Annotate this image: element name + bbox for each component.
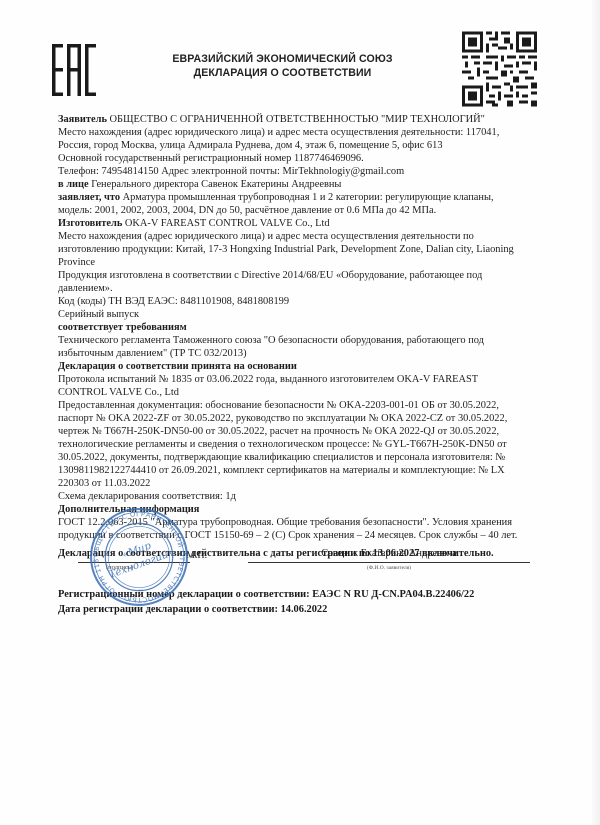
basis-line: CONTROL VALVE Co., Ltd xyxy=(58,386,548,399)
declaration-page: ЕВРАЗИЙСКИЙ ЭКОНОМИЧЕСКИЙ СОЮЗ ДЕКЛАРАЦИ… xyxy=(0,0,600,825)
manufacturer-address-2: изготовлению продукции: Китай, 17-3 Hong… xyxy=(58,243,548,256)
signer-name-line xyxy=(248,562,530,563)
registration-number-value: ЕАЭС N RU Д-CN.PA04.B.22406/22 xyxy=(310,589,475,600)
declaration-scheme: Схема декларирования соответствия: 1д xyxy=(58,490,548,503)
tnved-codes: Код (коды) ТН ВЭД ЕАЭС: 8481101908, 8481… xyxy=(58,295,548,308)
requirements-label: соответствует требованиям xyxy=(58,321,548,334)
basis-line: 30.05.2022, документы, подтверждающие кв… xyxy=(58,451,548,464)
eac-logo-icon xyxy=(52,44,96,96)
page-edge-shadow xyxy=(592,0,600,825)
signer-name: Савенок Екатерина Андреевна xyxy=(248,548,530,559)
basis-line: чертеж № T667H-250K-DN50-00 от 30.05.202… xyxy=(58,425,548,438)
directive-line-2: давлением». xyxy=(58,282,548,295)
signer-name-caption: (Ф.И.О. заявителя) xyxy=(248,565,530,571)
applicant-label: Заявитель xyxy=(58,114,107,125)
manufacturer-label: Изготовитель xyxy=(58,218,122,229)
declares-label: заявляет, что xyxy=(58,192,120,203)
applicant-address-1: Место нахождения (адрес юридического лиц… xyxy=(58,126,548,139)
basis-line: технологические регламенты и сведения о … xyxy=(58,438,548,451)
applicant-address-2: Россия, город Москва, улица Адмирала Руд… xyxy=(58,139,548,152)
manufacturer-address-1: Место нахождения (адрес юридического лиц… xyxy=(58,230,548,243)
directive-line-1: Продукция изготовлена в соответствии с D… xyxy=(58,269,548,282)
manufacturer-name: OKA-V FAREAST CONTROL VALVE Co., Ltd xyxy=(122,218,329,229)
declares-line-2: модель: 2001, 2002, 2003, 2004, DN до 50… xyxy=(58,204,548,217)
product-description: Арматура промышленная трубопроводная 1 и… xyxy=(120,192,493,203)
union-title: ЕВРАЗИЙСКИЙ ЭКОНОМИЧЕСКИЙ СОЮЗ xyxy=(150,52,415,66)
manufacturer-line: Изготовитель OKA-V FAREAST CONTROL VALVE… xyxy=(58,217,548,230)
company-seal-icon: ОБЩЕСТВО С ОГРАНИЧЕННОЙ ОТВЕТСТВЕННОСТЬЮ… xyxy=(88,506,190,608)
representative-value: Генерального директора Савенок Екатерины… xyxy=(89,179,342,190)
applicant-contacts: Телефон: 74954814150 Адрес электронной п… xyxy=(58,165,548,178)
basis-label: Декларация о соответствии принята на осн… xyxy=(58,360,548,373)
qr-code-icon[interactable] xyxy=(462,30,537,108)
basis-line: 1309811982122744410 от 26.09.2021, компл… xyxy=(58,464,548,477)
basis-line: Протокола испытаний № 1835 от 03.06.2022… xyxy=(58,373,548,386)
declaration-body: Заявитель ОБЩЕСТВО С ОГРАНИЧЕННОЙ ОТВЕТС… xyxy=(58,113,548,560)
representative-line: в лице Генерального директора Савенок Ек… xyxy=(58,178,548,191)
document-header: ЕВРАЗИЙСКИЙ ЭКОНОМИЧЕСКИЙ СОЮЗ ДЕКЛАРАЦИ… xyxy=(150,52,415,80)
manufacturer-address-3: Province xyxy=(58,256,548,269)
declaration-title: ДЕКЛАРАЦИЯ О СООТВЕТСТВИИ xyxy=(150,66,415,80)
registration-date-value: 14.06.2022 xyxy=(278,604,327,615)
basis-line: 220303 от 11.03.2022 xyxy=(58,477,548,490)
applicant-ogrn: Основной государственный регистрационный… xyxy=(58,152,548,165)
applicant-line: Заявитель ОБЩЕСТВО С ОГРАНИЧЕННОЙ ОТВЕТС… xyxy=(58,113,548,126)
basis-line: Предоставленная документация: обосновани… xyxy=(58,399,548,412)
declares-line-1: заявляет, что Арматура промышленная труб… xyxy=(58,191,548,204)
applicant-name: ОБЩЕСТВО С ОГРАНИЧЕННОЙ ОТВЕТСТВЕННОСТЬЮ… xyxy=(107,114,485,125)
requirements-line-2: избыточным давлением" (ТР ТС 032/2013) xyxy=(58,347,548,360)
production-type: Серийный выпуск xyxy=(58,308,548,321)
basis-line: паспорт № OKA 2022-ZF от 30.05.2022, рук… xyxy=(58,412,548,425)
representative-label: в лице xyxy=(58,179,89,190)
requirements-line-1: Технического регламента Таможенного союз… xyxy=(58,334,548,347)
